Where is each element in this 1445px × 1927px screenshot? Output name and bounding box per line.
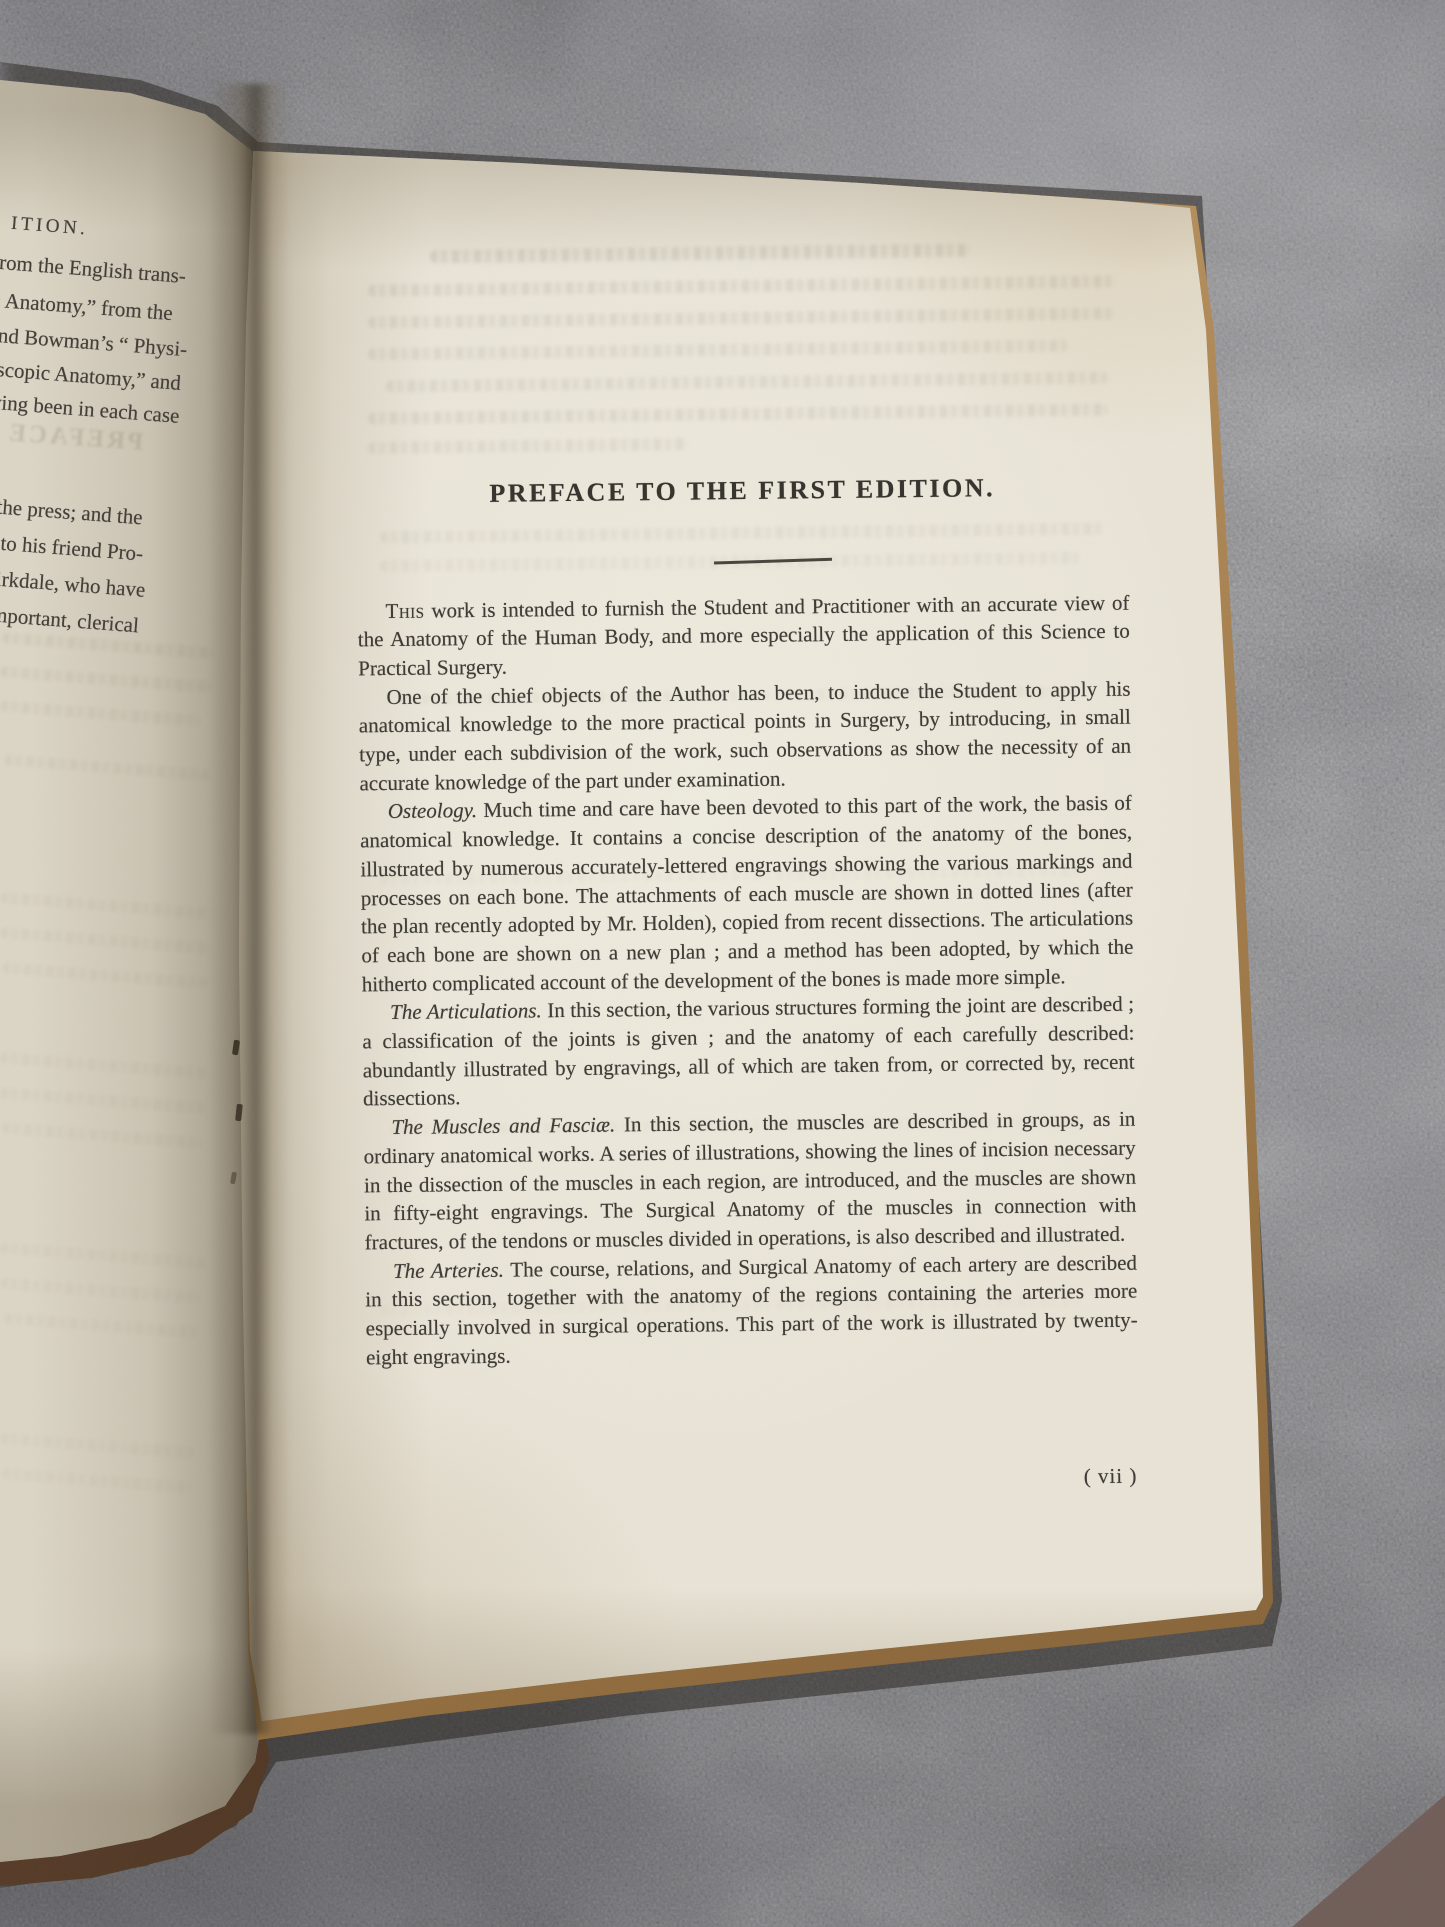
show-through-line xyxy=(368,307,1116,328)
show-through-line xyxy=(4,1313,199,1339)
show-through-line xyxy=(0,1242,205,1268)
show-through-line xyxy=(0,666,212,693)
show-through-line xyxy=(0,1087,205,1113)
show-through-line xyxy=(368,438,688,454)
title-divider xyxy=(714,558,832,564)
page-title: PREFACE TO THE FIRST EDITION. xyxy=(356,470,1128,513)
photo-of-open-book: ITION.from the English trans-c Anatomy,”… xyxy=(0,0,1445,1927)
preface-paragraph: This work is intended to furnish the Stu… xyxy=(357,588,1130,683)
show-through-line xyxy=(368,403,1108,424)
paragraph-lead: The Arteries. xyxy=(393,1257,504,1282)
show-through-line xyxy=(0,1278,200,1304)
preface-paragraph: The Arteries. The course, relations, and… xyxy=(365,1248,1138,1372)
left-page-line: f Kirkdale, who have xyxy=(0,565,146,603)
left-page-line: from the English trans- xyxy=(0,249,187,288)
show-through-line xyxy=(368,275,1116,296)
left-page-line: oscopic Anatomy,” and xyxy=(0,356,182,396)
left-page-line: lar to his friend Pro- xyxy=(0,529,144,567)
paragraph-text: Much time and care have been devoted to … xyxy=(360,791,1134,996)
show-through-line xyxy=(0,701,200,727)
show-through-line xyxy=(0,892,210,919)
show-through-line xyxy=(368,340,1068,361)
right-page-text-block: PREFACE TO THE FIRST EDITION. This work … xyxy=(356,470,1140,1519)
paragraph-text: work is intended to furnish the Student … xyxy=(358,590,1130,680)
paragraph-lead: Osteology. xyxy=(388,798,478,823)
embossed-show-through-title: PREFACE xyxy=(5,419,144,457)
show-through-line xyxy=(4,754,209,780)
preface-paragraph: The Articulations. In this section, the … xyxy=(362,990,1135,1114)
show-through-line xyxy=(386,372,1110,393)
show-through-line xyxy=(0,1433,195,1459)
preface-paragraph: The Muscles and Fasciæ. In this section,… xyxy=(363,1105,1137,1257)
page-number: ( vii ) xyxy=(1084,1464,1138,1490)
paragraph-lead: The Articulations. xyxy=(390,999,542,1025)
left-page-line: ITION. xyxy=(10,213,89,241)
preface-body: This work is intended to furnish the Stu… xyxy=(357,588,1139,1489)
show-through-line xyxy=(2,962,207,988)
left-page-line: and Bowman’s “ Physi- xyxy=(0,322,188,362)
show-through-line xyxy=(2,1123,202,1149)
show-through-line xyxy=(0,1052,208,1079)
left-page-line: c Anatomy,” from the xyxy=(0,287,174,326)
preface-paragraph: Osteology. Much time and care have been … xyxy=(360,789,1134,999)
left-page-line: of the press; and the xyxy=(0,493,144,531)
preface-paragraph: One of the chief objects of the Author h… xyxy=(358,674,1131,798)
show-through-line xyxy=(2,1468,192,1493)
paragraph-lead: The Muscles and Fasciæ. xyxy=(391,1113,615,1140)
show-through-line xyxy=(430,244,970,264)
paragraph-text: One of the chief objects of the Author h… xyxy=(359,676,1132,795)
paragraph-lead: This xyxy=(385,598,424,622)
show-through-line xyxy=(0,927,210,954)
